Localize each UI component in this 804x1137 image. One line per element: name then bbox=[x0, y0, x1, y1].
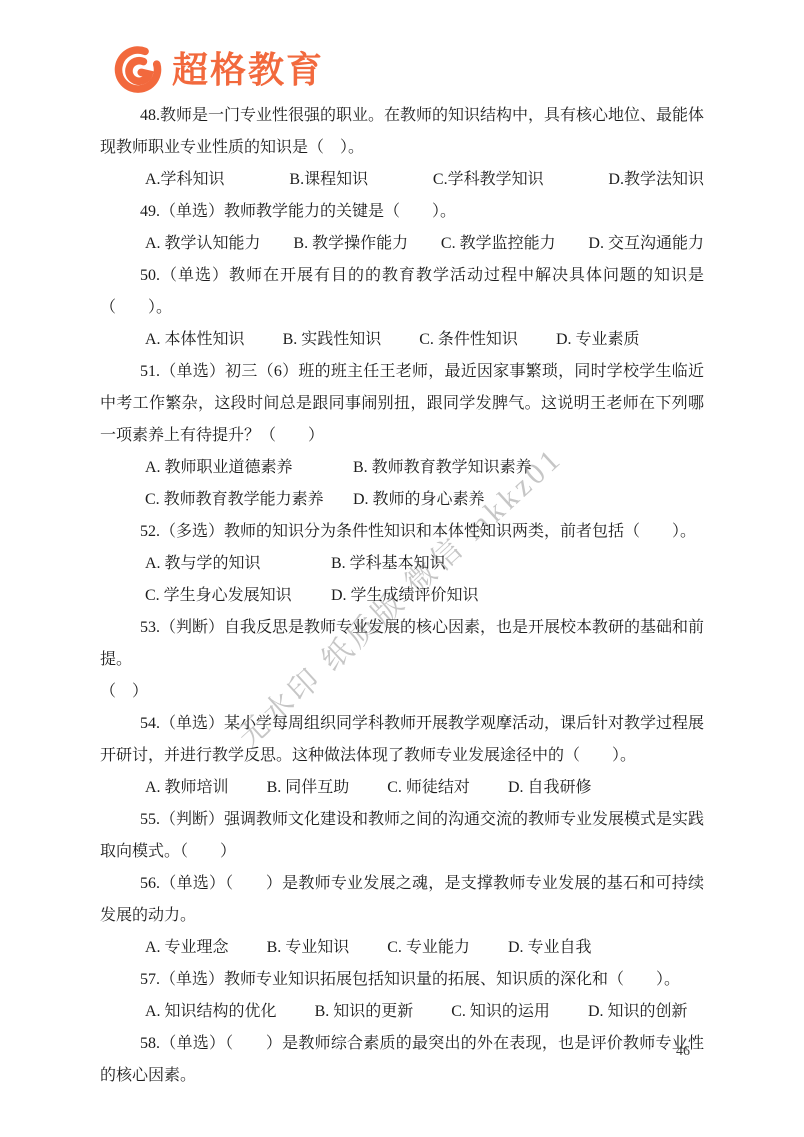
question-51-stem: 51.（单选）初三（6）班的班主任王老师，最近因家事繁琐，同时学校学生临近中考工… bbox=[100, 356, 704, 452]
option-d: D. 自我研修 bbox=[508, 772, 592, 804]
question-48-options: A.学科知识 B.课程知识 C.学科教学知识 D.教学法知识 bbox=[145, 164, 704, 196]
question-58-stem: 58.（单选）（ ）是教师综合素质的最突出的外在表现，也是评价教师专业性的核心因… bbox=[100, 1028, 704, 1092]
question-51-options-row2: C. 教师教育教学能力素养 D. 教师的身心素养 bbox=[145, 484, 704, 516]
option-a: A. 教师职业道德素养 bbox=[145, 452, 353, 484]
document-page: 超格教育 无水印 纸质版 微信 mkkz01 48.教师是一门专业性很强的职业。… bbox=[0, 0, 804, 1137]
option-c: C. 专业能力 bbox=[387, 932, 470, 964]
option-a: A.学科知识 bbox=[145, 164, 225, 196]
option-a: A. 本体性知识 bbox=[145, 324, 245, 356]
option-b: B. 实践性知识 bbox=[283, 324, 382, 356]
option-d: D. 知识的创新 bbox=[588, 996, 688, 1028]
option-c: C. 师徒结对 bbox=[387, 772, 470, 804]
option-b: B. 知识的更新 bbox=[315, 996, 414, 1028]
question-50-options: A. 本体性知识 B. 实践性知识 C. 条件性知识 D. 专业素质 bbox=[145, 324, 704, 356]
option-d: D. 教师的身心素养 bbox=[353, 484, 704, 516]
option-c: C. 知识的运用 bbox=[451, 996, 550, 1028]
option-c: C. 教学监控能力 bbox=[441, 228, 556, 260]
option-d: D. 专业自我 bbox=[508, 932, 592, 964]
question-52-stem: 52.（多选）教师的知识分为条件性知识和本体性知识两类，前者包括（ ）。 bbox=[100, 516, 704, 548]
question-49-stem: 49.（单选）教师教学能力的关键是（ ）。 bbox=[100, 196, 704, 228]
question-51-options-row1: A. 教师职业道德素养 B. 教师教育教学知识素养 bbox=[145, 452, 704, 484]
brand-logo: 超格教育 bbox=[112, 44, 324, 96]
option-a: A. 知识结构的优化 bbox=[145, 996, 277, 1028]
option-b: B. 学科基本知识 bbox=[331, 548, 704, 580]
question-list: 48.教师是一门专业性很强的职业。在教师的知识结构中，具有核心地位、最能体现教师… bbox=[100, 100, 704, 1092]
option-d: D. 专业素质 bbox=[556, 324, 640, 356]
option-c: C. 学生身心发展知识 bbox=[145, 580, 331, 612]
question-54-stem: 54.（单选）某小学每周组织同学科教师开展教学观摩活动，课后针对教学过程展开研讨… bbox=[100, 708, 704, 772]
option-a: A. 教与学的知识 bbox=[145, 548, 331, 580]
option-d: D. 交互沟通能力 bbox=[588, 228, 704, 260]
question-52-options-row2: C. 学生身心发展知识 D. 学生成绩评价知识 bbox=[145, 580, 704, 612]
page-number: 46 bbox=[676, 1044, 690, 1060]
option-d: D.教学法知识 bbox=[608, 164, 704, 196]
question-53-stem: 53.（判断）自我反思是教师专业发展的核心因素，也是开展校本教研的基础和前提。 bbox=[100, 612, 704, 676]
question-54-options: A. 教师培训 B. 同伴互助 C. 师徒结对 D. 自我研修 bbox=[145, 772, 704, 804]
brand-logo-g-icon bbox=[112, 44, 164, 96]
question-56-stem: 56.（单选）（ ）是教师专业发展之魂，是支撑教师专业发展的基石和可持续发展的动… bbox=[100, 868, 704, 932]
question-55-stem: 55.（判断）强调教师文化建设和教师之间的沟通交流的教师专业发展模式是实践取向模… bbox=[100, 804, 704, 868]
option-d: D. 学生成绩评价知识 bbox=[331, 580, 704, 612]
option-b: B.课程知识 bbox=[289, 164, 368, 196]
question-56-options: A. 专业理念 B. 专业知识 C. 专业能力 D. 专业自我 bbox=[145, 932, 704, 964]
option-c: C.学科教学知识 bbox=[433, 164, 544, 196]
question-53-answer-blank: （ ） bbox=[100, 676, 704, 708]
question-50-stem: 50.（单选）教师在开展有目的的教育教学活动过程中解决具体问题的知识是（ ）。 bbox=[100, 260, 704, 324]
option-a: A. 教学认知能力 bbox=[145, 228, 261, 260]
question-57-options: A. 知识结构的优化 B. 知识的更新 C. 知识的运用 D. 知识的创新 bbox=[145, 996, 704, 1028]
option-b: B. 教学操作能力 bbox=[293, 228, 408, 260]
brand-name: 超格教育 bbox=[172, 44, 324, 96]
option-b: B. 教师教育教学知识素养 bbox=[353, 452, 704, 484]
question-57-stem: 57.（单选）教师专业知识拓展包括知识量的拓展、知识质的深化和（ ）。 bbox=[100, 964, 704, 996]
option-a: A. 教师培训 bbox=[145, 772, 229, 804]
question-49-options: A. 教学认知能力 B. 教学操作能力 C. 教学监控能力 D. 交互沟通能力 bbox=[145, 228, 704, 260]
option-c: C. 教师教育教学能力素养 bbox=[145, 484, 353, 516]
option-b: B. 同伴互助 bbox=[267, 772, 350, 804]
option-b: B. 专业知识 bbox=[267, 932, 350, 964]
option-c: C. 条件性知识 bbox=[419, 324, 518, 356]
question-48-stem: 48.教师是一门专业性很强的职业。在教师的知识结构中，具有核心地位、最能体现教师… bbox=[100, 100, 704, 164]
option-a: A. 专业理念 bbox=[145, 932, 229, 964]
question-52-options-row1: A. 教与学的知识 B. 学科基本知识 bbox=[145, 548, 704, 580]
